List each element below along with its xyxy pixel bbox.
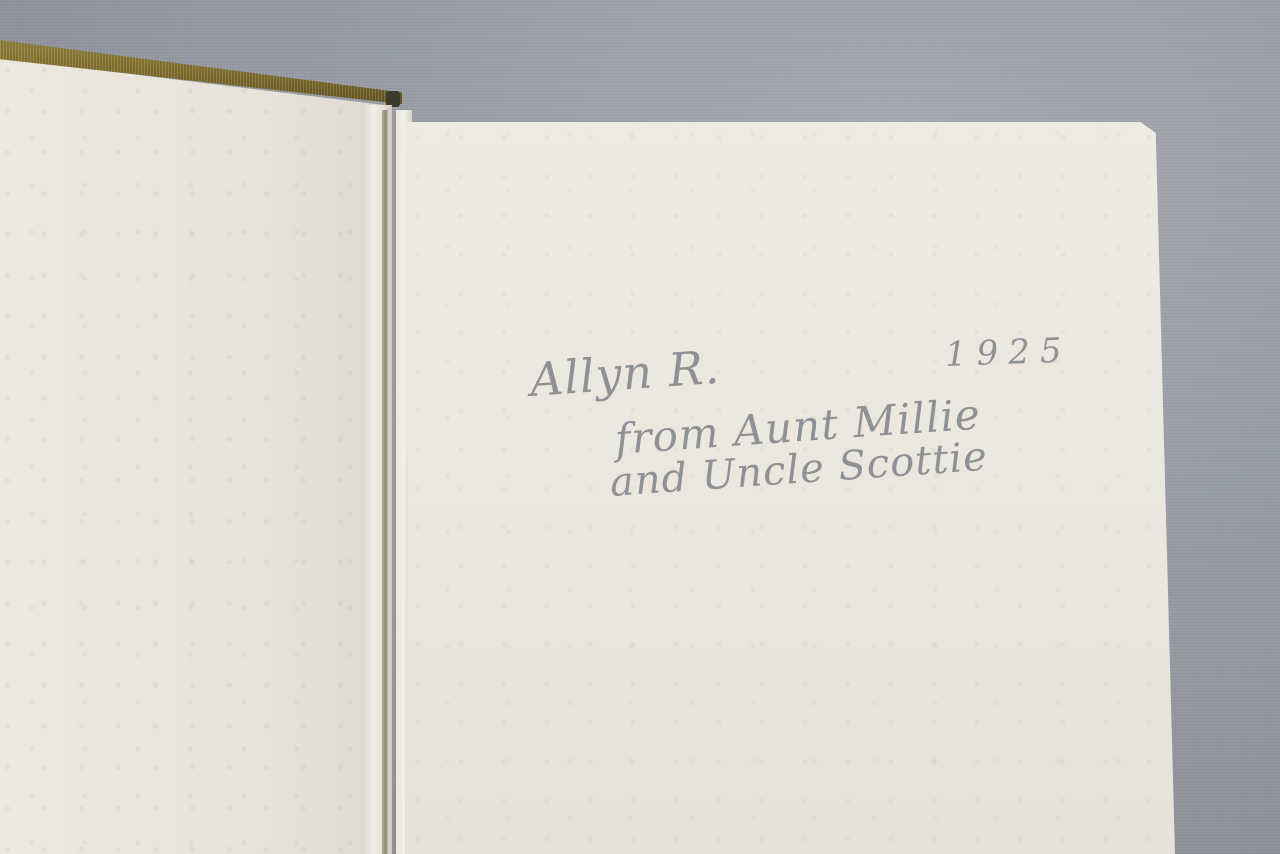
left-endpaper xyxy=(0,58,390,854)
inscription-year: 1925 xyxy=(944,331,1072,375)
inscription-name: Allyn R. xyxy=(528,340,721,407)
gutter-shadow xyxy=(382,110,388,854)
pencil-inscription: Allyn R. 1925 from Aunt Millie and Uncle… xyxy=(490,325,1150,525)
